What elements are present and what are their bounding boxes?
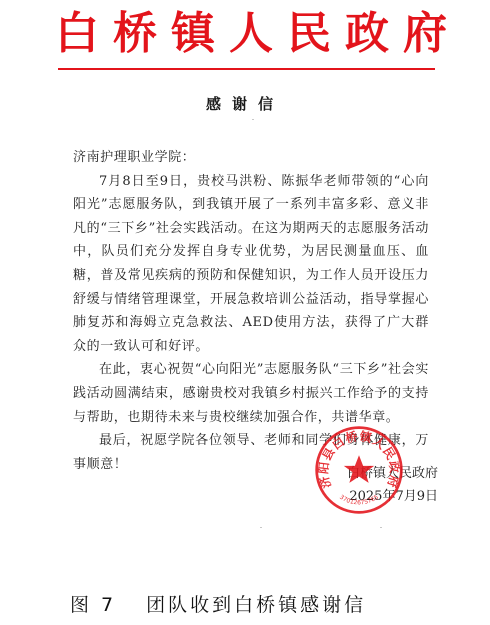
figure-caption: 图 7团队收到白桥镇感谢信 [70,590,366,617]
salutation: 济南护理职业学院： [73,146,429,170]
scan-speck [252,119,254,120]
signature-org: 白桥镇人民政府 [308,462,438,485]
scan-speck [380,527,382,528]
scan-speck [128,32,130,33]
signature-date: 2025年7月9日 [308,485,438,508]
signature-block: 白桥镇人民政府 2025年7月9日 [308,462,438,508]
letterhead-divider [58,68,435,70]
figure-number: 图 7 [70,594,116,616]
letter-body: 济南护理职业学院： 7月8日至9日，贵校马洪粉、陈振华老师带领的“心向阳光”志愿… [73,146,429,476]
paragraph-2: 在此，衷心祝贺“心向阳光”志愿服务队“三下乡”社会实践活动圆满结束，感谢贵校对我… [73,358,429,429]
letterhead-title: 白桥镇人民政府 [55,6,435,62]
scan-speck [260,527,262,528]
caption-text: 团队收到白桥镇感谢信 [146,594,366,616]
letter-title: 感谢信 [0,93,490,114]
paragraph-1: 7月8日至9日，贵校马洪粉、陈振华老师带领的“心向阳光”志愿服务队，到我镇开展了… [73,170,429,359]
